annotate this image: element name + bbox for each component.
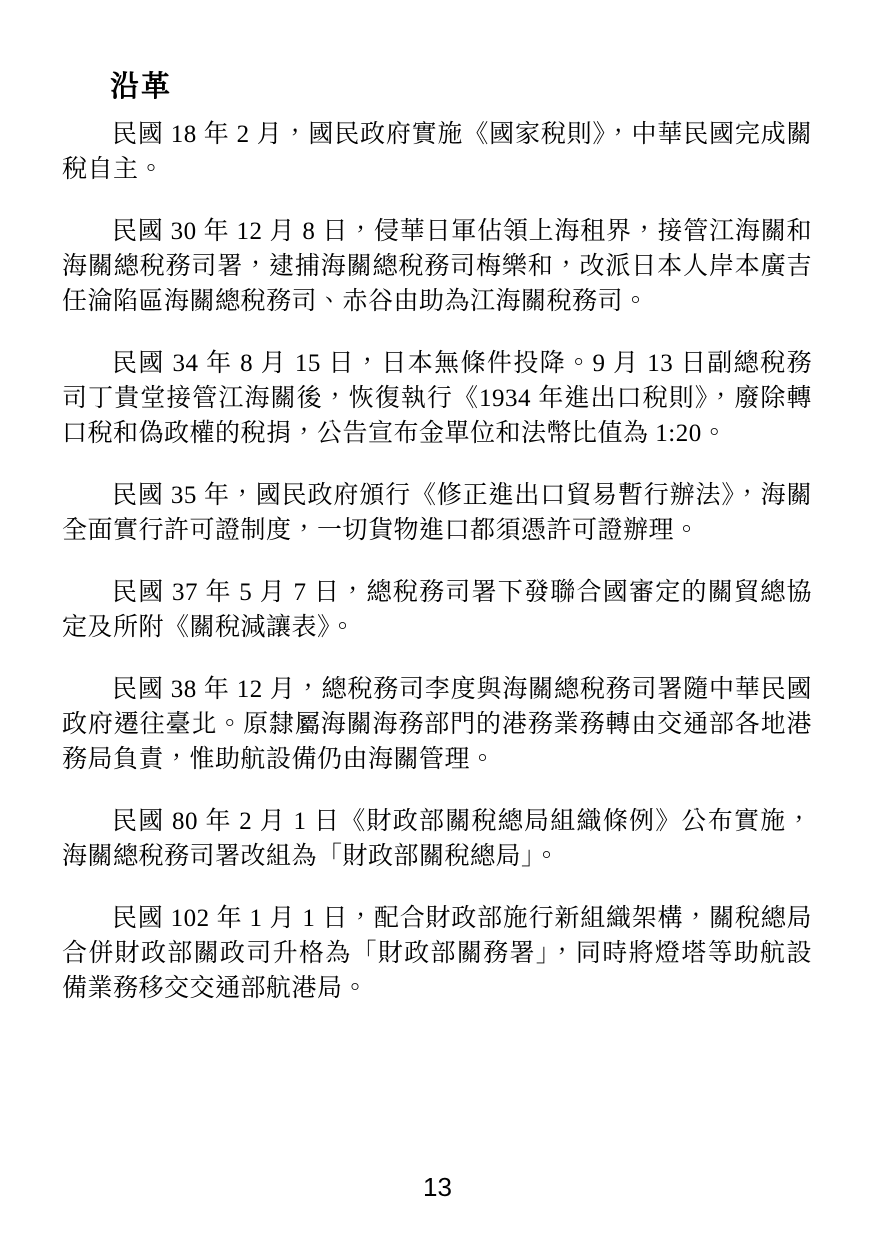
paragraph-history-1949: 民國 38 年 12 月，總稅務司李度與海關總稅務司署隨中華民國政府遷往臺北。原… [62,672,812,777]
section-title: 沿革 [110,67,812,107]
paragraph-history-1941: 民國 30 年 12 月 8 日，侵華日軍佔領上海租界，接管江海關和海關總稅務司… [62,214,812,319]
paragraph-history-1948: 民國 37 年 5 月 7 日，總稅務司署下發聯合國審定的關貿總協定及所附《關稅… [62,575,812,645]
page-number: 13 [423,1172,452,1202]
paragraph-history-1929: 民國 18 年 2 月，國民政府實施《國家稅則》，中華民國完成關稅自主。 [62,117,812,187]
paragraph-history-1945: 民國 34 年 8 月 15 日，日本無條件投降。9 月 13 日副總稅務司丁貴… [62,346,812,451]
page-content: 沿革 民國 18 年 2 月，國民政府實施《國家稅則》，中華民國完成關稅自主。 … [62,0,812,1033]
page-footer: 13 [0,1172,875,1202]
paragraph-history-1991: 民國 80 年 2 月 1 日《財政部關稅總局組織條例》公布實施，海關總稅務司署… [62,804,812,874]
paragraph-history-2013: 民國 102 年 1 月 1 日，配合財政部施行新組織架構，關稅總局合併財政部關… [62,901,812,1006]
paragraph-history-1946: 民國 35 年，國民政府頒行《修正進出口貿易暫行辦法》，海關全面實行許可證制度，… [62,478,812,548]
document-page: 沿革 民國 18 年 2 月，國民政府實施《國家稅則》，中華民國完成關稅自主。 … [0,0,875,1240]
